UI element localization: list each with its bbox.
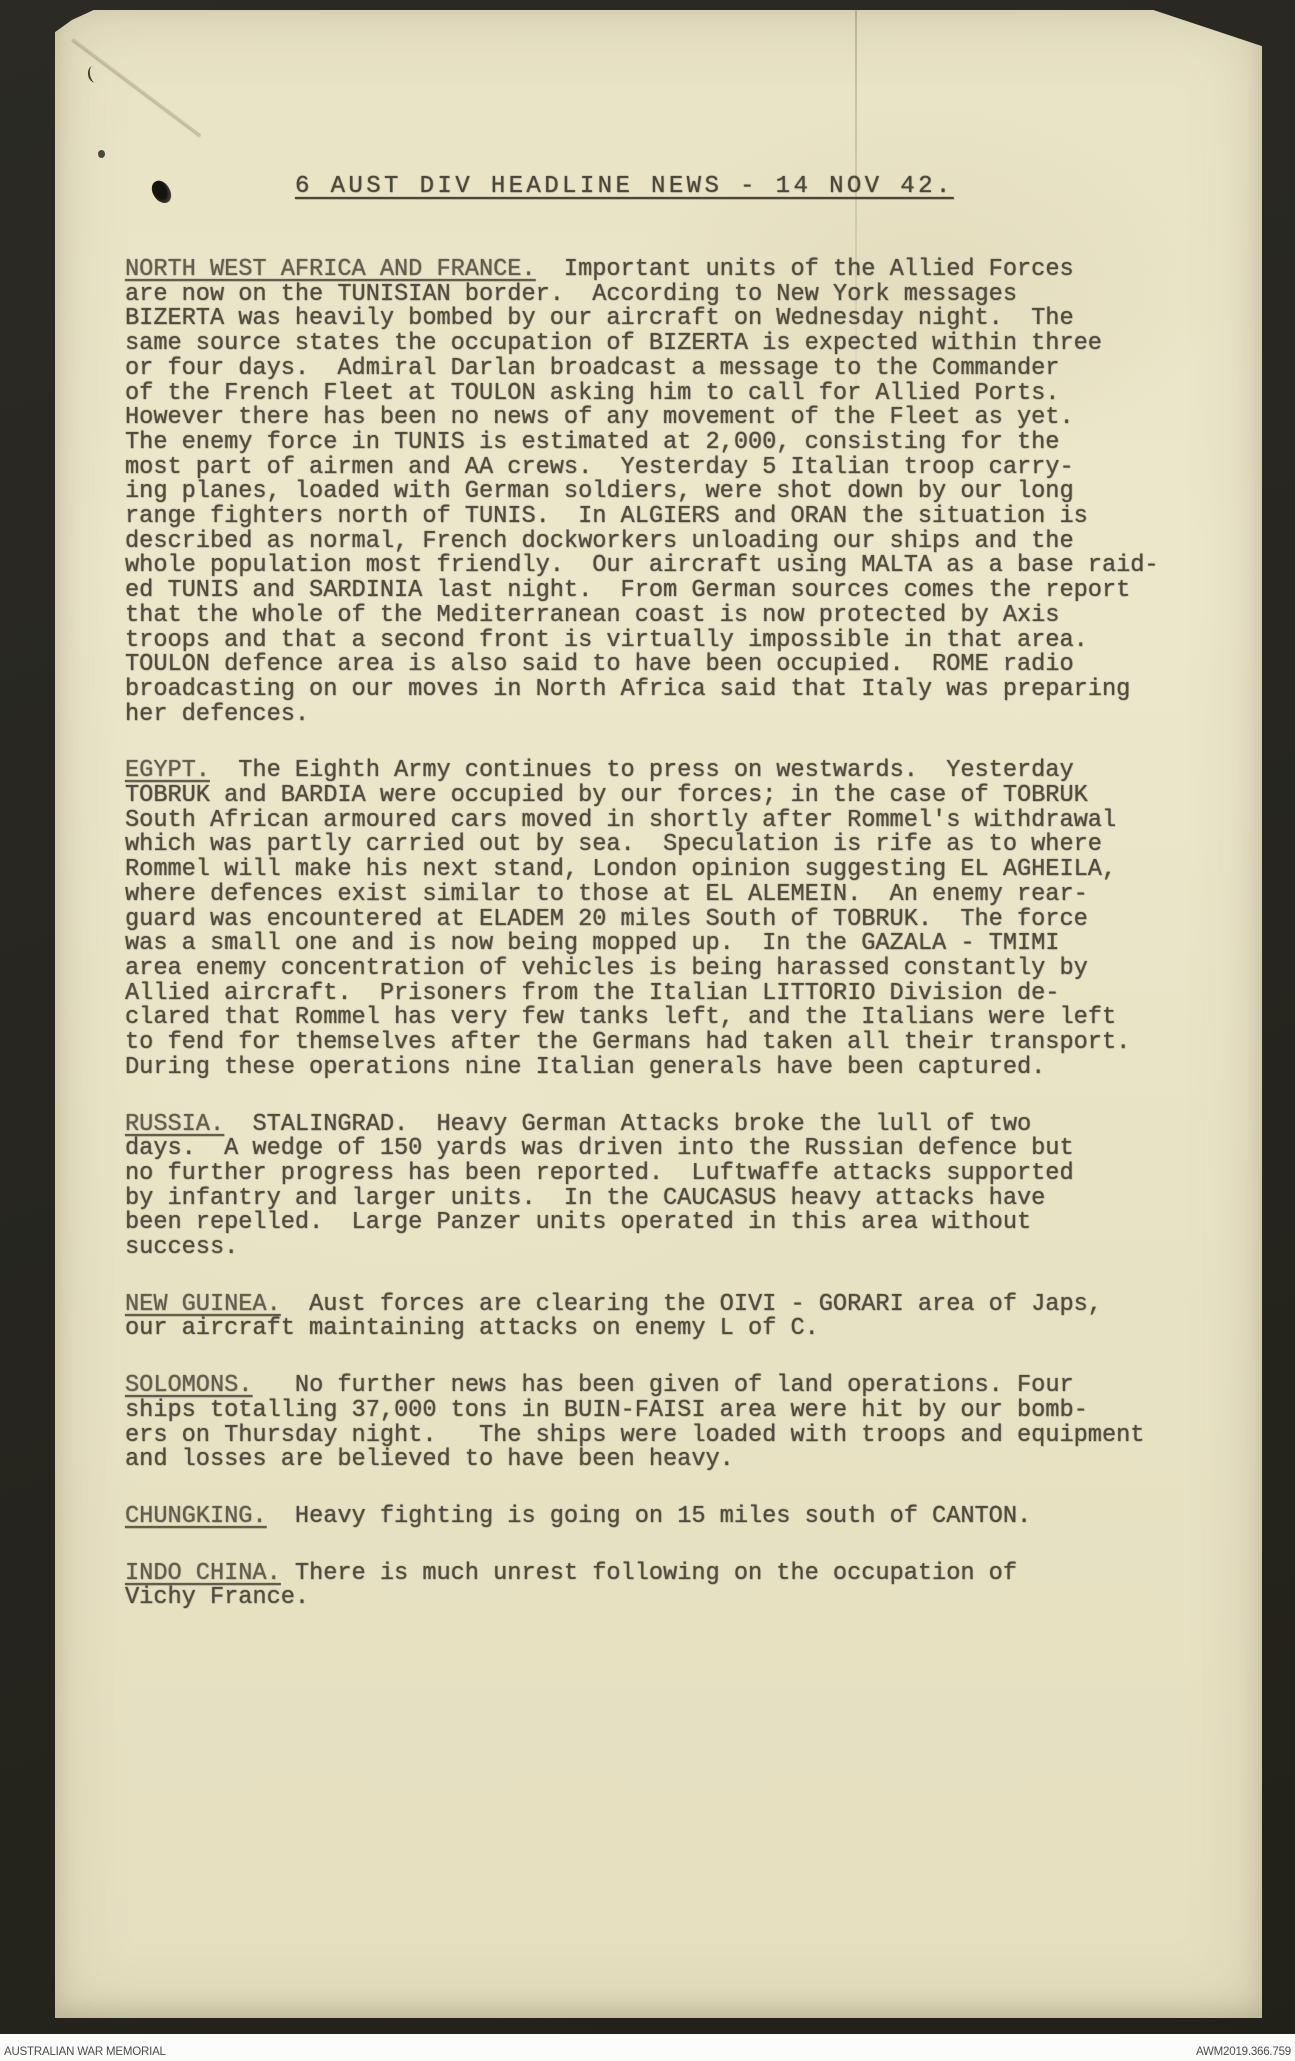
paper-damage-hole [149, 178, 175, 207]
paper-edge-tear [87, 65, 99, 83]
section-heading: SOLOMONS. [125, 1372, 252, 1399]
section-body: Important units of the Allied Forces are… [125, 256, 1159, 728]
section-body: Heavy fighting is going on 15 miles sout… [267, 1503, 1032, 1530]
catalog-number: AWM2019.366.759 [1196, 2046, 1291, 2058]
section-body: No further news has been given of land o… [125, 1372, 1144, 1473]
institution-label: AUSTRALIAN WAR MEMORIAL [4, 2046, 166, 2058]
catalog-footer: AUSTRALIAN WAR MEMORIAL AWM2019.366.759 [0, 2034, 1295, 2061]
section-body: STALINGRAD. Heavy German Attacks broke t… [125, 1111, 1074, 1262]
paper-ink-speck [98, 150, 105, 158]
section-russia: RUSSIA. STALINGRAD. Heavy German Attacks… [125, 1113, 1254, 1261]
section-egypt: EGYPT. The Eighth Army continues to pres… [125, 759, 1254, 1080]
section-heading: INDO CHINA. [125, 1560, 281, 1587]
document-body: NORTH WEST AFRICA AND FRANCE. Important … [125, 258, 1254, 1643]
section-solomons: SOLOMONS. No further news has been given… [125, 1374, 1254, 1473]
document-title: 6 AUST DIV HEADLINE NEWS - 14 NOV 42. [295, 173, 954, 200]
section-heading: NEW GUINEA. [125, 1291, 281, 1318]
section-heading: CHUNGKING. [125, 1503, 267, 1530]
section-heading: EGYPT. [125, 757, 210, 784]
section-chungking: CHUNGKING. Heavy fighting is going on 15… [125, 1505, 1254, 1530]
section-indo-china: INDO CHINA. There is much unrest followi… [125, 1562, 1254, 1611]
section-heading: NORTH WEST AFRICA AND FRANCE. [125, 256, 536, 283]
section-north-west-africa-and-france: NORTH WEST AFRICA AND FRANCE. Important … [125, 258, 1254, 727]
paper-crease-mark [72, 38, 201, 136]
scanned-document-photo: 6 AUST DIV HEADLINE NEWS - 14 NOV 42. NO… [0, 0, 1295, 2061]
section-new-guinea: NEW GUINEA. Aust forces are clearing the… [125, 1293, 1254, 1342]
document-page: 6 AUST DIV HEADLINE NEWS - 14 NOV 42. NO… [55, 10, 1262, 2018]
section-heading: RUSSIA. [125, 1111, 224, 1138]
section-body: The Eighth Army continues to press on we… [125, 757, 1130, 1080]
